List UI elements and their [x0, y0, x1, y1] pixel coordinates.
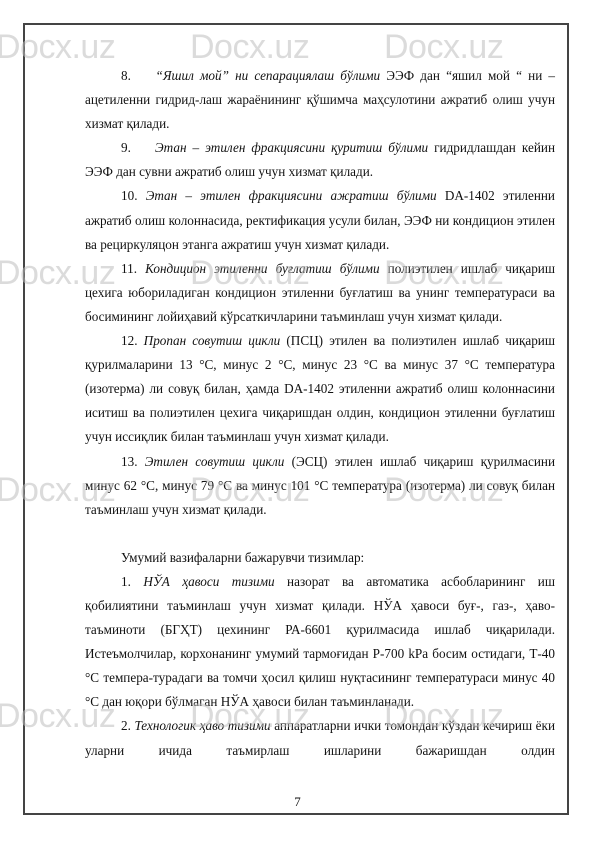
spacer	[85, 522, 555, 546]
item-title: Пропан совутиш цикли	[144, 333, 281, 348]
section-item-1: 1. НЎА ҳавоси тизими назорат ва автомати…	[85, 570, 555, 715]
item-number: 9.	[121, 140, 131, 155]
item-title: НЎА ҳавоси тизими	[143, 574, 274, 589]
list-item-8: 8. “Яшил мой” ни сепарациялаш бўлими ЭЭФ…	[85, 64, 555, 136]
section-heading: Умумий вазифаларни бажарувчи тизимлар:	[85, 546, 555, 570]
item-number: 11.	[121, 261, 137, 276]
item-number: 2.	[121, 718, 131, 733]
item-title: Этан – этилен фракциясини қуритиш бўлими	[155, 140, 428, 155]
item-body: назорат ва автоматика асбобларининг иш қ…	[85, 574, 555, 709]
item-number: 10.	[121, 188, 137, 203]
list-item-10: 10. Этан – этилен фракциясини ажратиш бў…	[85, 184, 555, 256]
item-number: 8.	[121, 68, 131, 83]
item-title: Этилен совутиш цикли	[145, 454, 285, 469]
item-number: 1.	[121, 574, 131, 589]
list-item-9: 9. Этан – этилен фракциясини қуритиш бўл…	[85, 136, 555, 184]
list-item-12: 12. Пропан совутиш цикли (ПСЦ) этилен ва…	[85, 329, 555, 449]
item-title: “Яшил мой” ни сепарациялаш бўлими	[156, 68, 381, 83]
page-number: 7	[0, 794, 595, 810]
list-item-13: 13. Этилен совутиш цикли (ЭСЦ) этилен иш…	[85, 450, 555, 522]
document-body: 8. “Яшил мой” ни сепарациялаш бўлими ЭЭФ…	[85, 64, 555, 763]
list-item-11: 11. Кондицион этиленни буғлатиш бўлими п…	[85, 257, 555, 329]
item-body: (ПСЦ) этилен ва полиэтилен ишлаб чиқариш…	[85, 333, 555, 444]
item-number: 13.	[121, 454, 137, 469]
item-title: Этан – этилен фракциясини ажратиш бўлими	[146, 188, 437, 203]
section-item-2: 2. Технологик ҳаво тизими аппаратларни и…	[85, 714, 555, 762]
item-title: Технологик ҳаво тизими	[134, 718, 270, 733]
item-title: Кондицион этиленни буғлатиш бўлими	[145, 261, 379, 276]
item-number: 12.	[121, 333, 137, 348]
